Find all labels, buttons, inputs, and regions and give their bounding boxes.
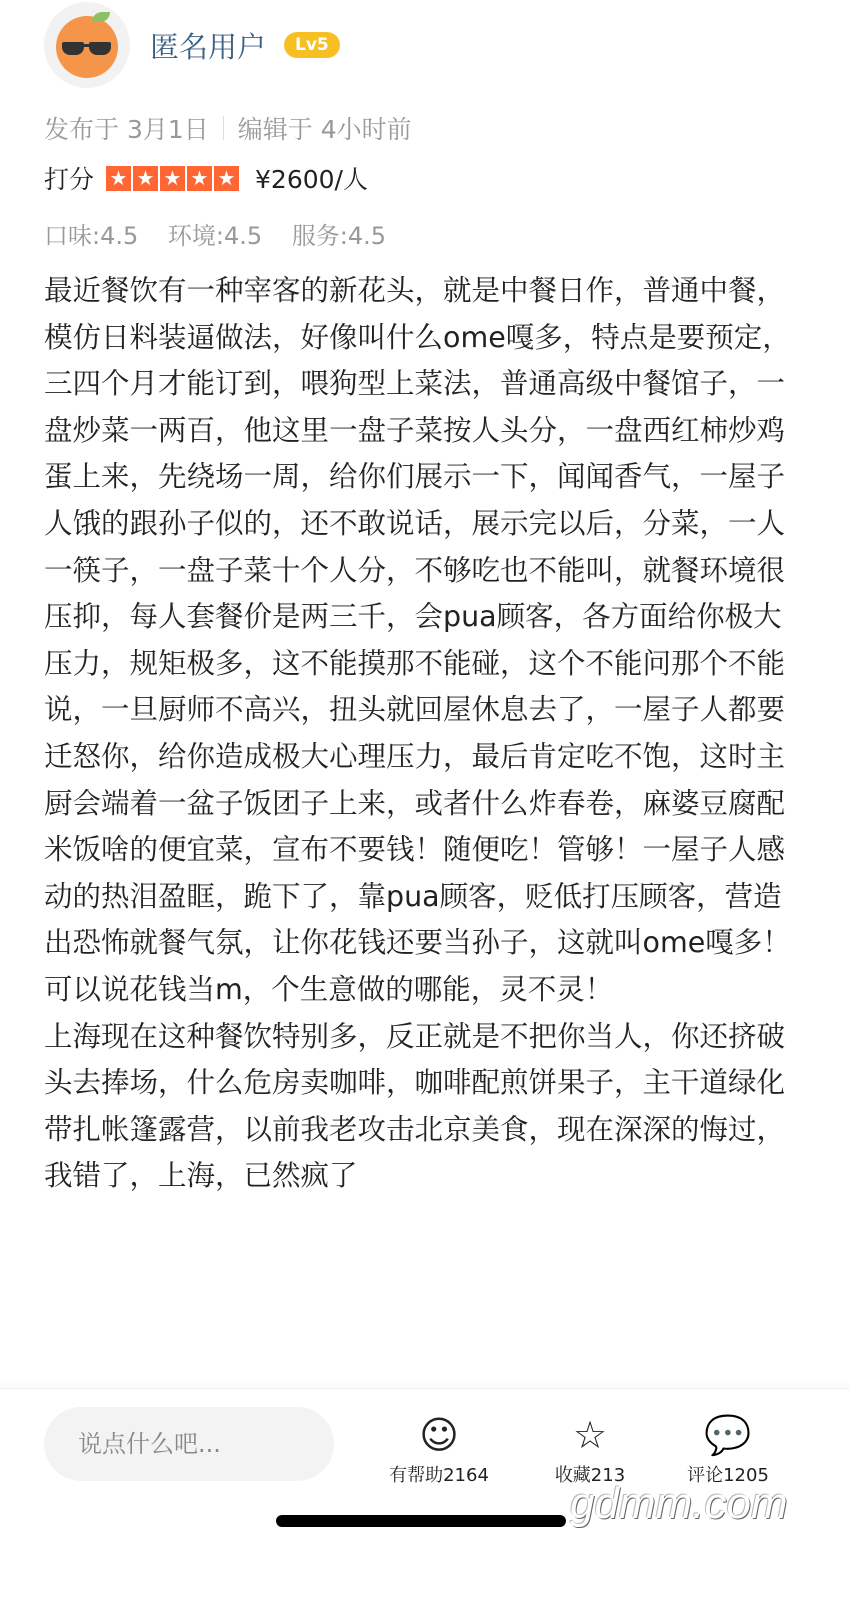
star-outline-icon: ☆ bbox=[548, 1413, 632, 1461]
star-icon: ★ bbox=[133, 166, 158, 191]
comment-button[interactable]: 💬 评论1205 bbox=[680, 1413, 776, 1487]
post-meta: 发布于 3月1日 编辑于 4小时前 bbox=[44, 110, 412, 146]
review-text: 最近餐饮有一种宰客的新花头，就是中餐日作，普通中餐，模仿日料装逼做法，好像叫什么… bbox=[44, 268, 804, 1200]
helpful-label: 有帮助2164 bbox=[389, 1465, 489, 1486]
smiley-icon: ☺ bbox=[384, 1413, 494, 1461]
divider bbox=[223, 116, 224, 140]
level-badge: Lv5 bbox=[284, 32, 340, 58]
sub-scores: 口味:4.5 环境:4.5 服务:4.5 bbox=[44, 216, 408, 251]
chat-bubble-icon: 💬 bbox=[680, 1413, 776, 1461]
avatar[interactable] bbox=[44, 2, 130, 88]
rating-row: 打分 ★ ★ ★ ★ ★ ¥2600/人 bbox=[44, 160, 368, 196]
username[interactable]: 匿名用户 bbox=[150, 25, 266, 66]
star-rating: ★ ★ ★ ★ ★ bbox=[106, 166, 241, 191]
score-environment: 环境:4.5 bbox=[168, 222, 262, 250]
score-service: 服务:4.5 bbox=[292, 222, 386, 250]
review-header: 匿名用户 Lv5 bbox=[44, 0, 340, 90]
score-taste: 口味:4.5 bbox=[44, 222, 138, 250]
bottom-bar: 说点什么吧... ☺ 有帮助2164 ☆ 收藏213 💬 评论1205 gdmm… bbox=[0, 1388, 849, 1600]
helpful-button[interactable]: ☺ 有帮助2164 bbox=[384, 1413, 494, 1487]
star-icon: ★ bbox=[187, 166, 212, 191]
star-icon: ★ bbox=[160, 166, 185, 191]
favorite-button[interactable]: ☆ 收藏213 bbox=[548, 1413, 632, 1487]
price-per-person: ¥2600/人 bbox=[255, 160, 368, 196]
star-icon: ★ bbox=[214, 166, 239, 191]
comment-input[interactable]: 说点什么吧... bbox=[44, 1407, 334, 1481]
edited-time: 编辑于 4小时前 bbox=[238, 110, 412, 146]
rating-label: 打分 bbox=[44, 160, 94, 196]
star-icon: ★ bbox=[106, 166, 131, 191]
home-indicator[interactable] bbox=[276, 1515, 566, 1527]
sunglasses-icon bbox=[62, 42, 84, 55]
published-date: 发布于 3月1日 bbox=[44, 110, 209, 146]
watermark: gdmm.com bbox=[570, 1479, 788, 1529]
